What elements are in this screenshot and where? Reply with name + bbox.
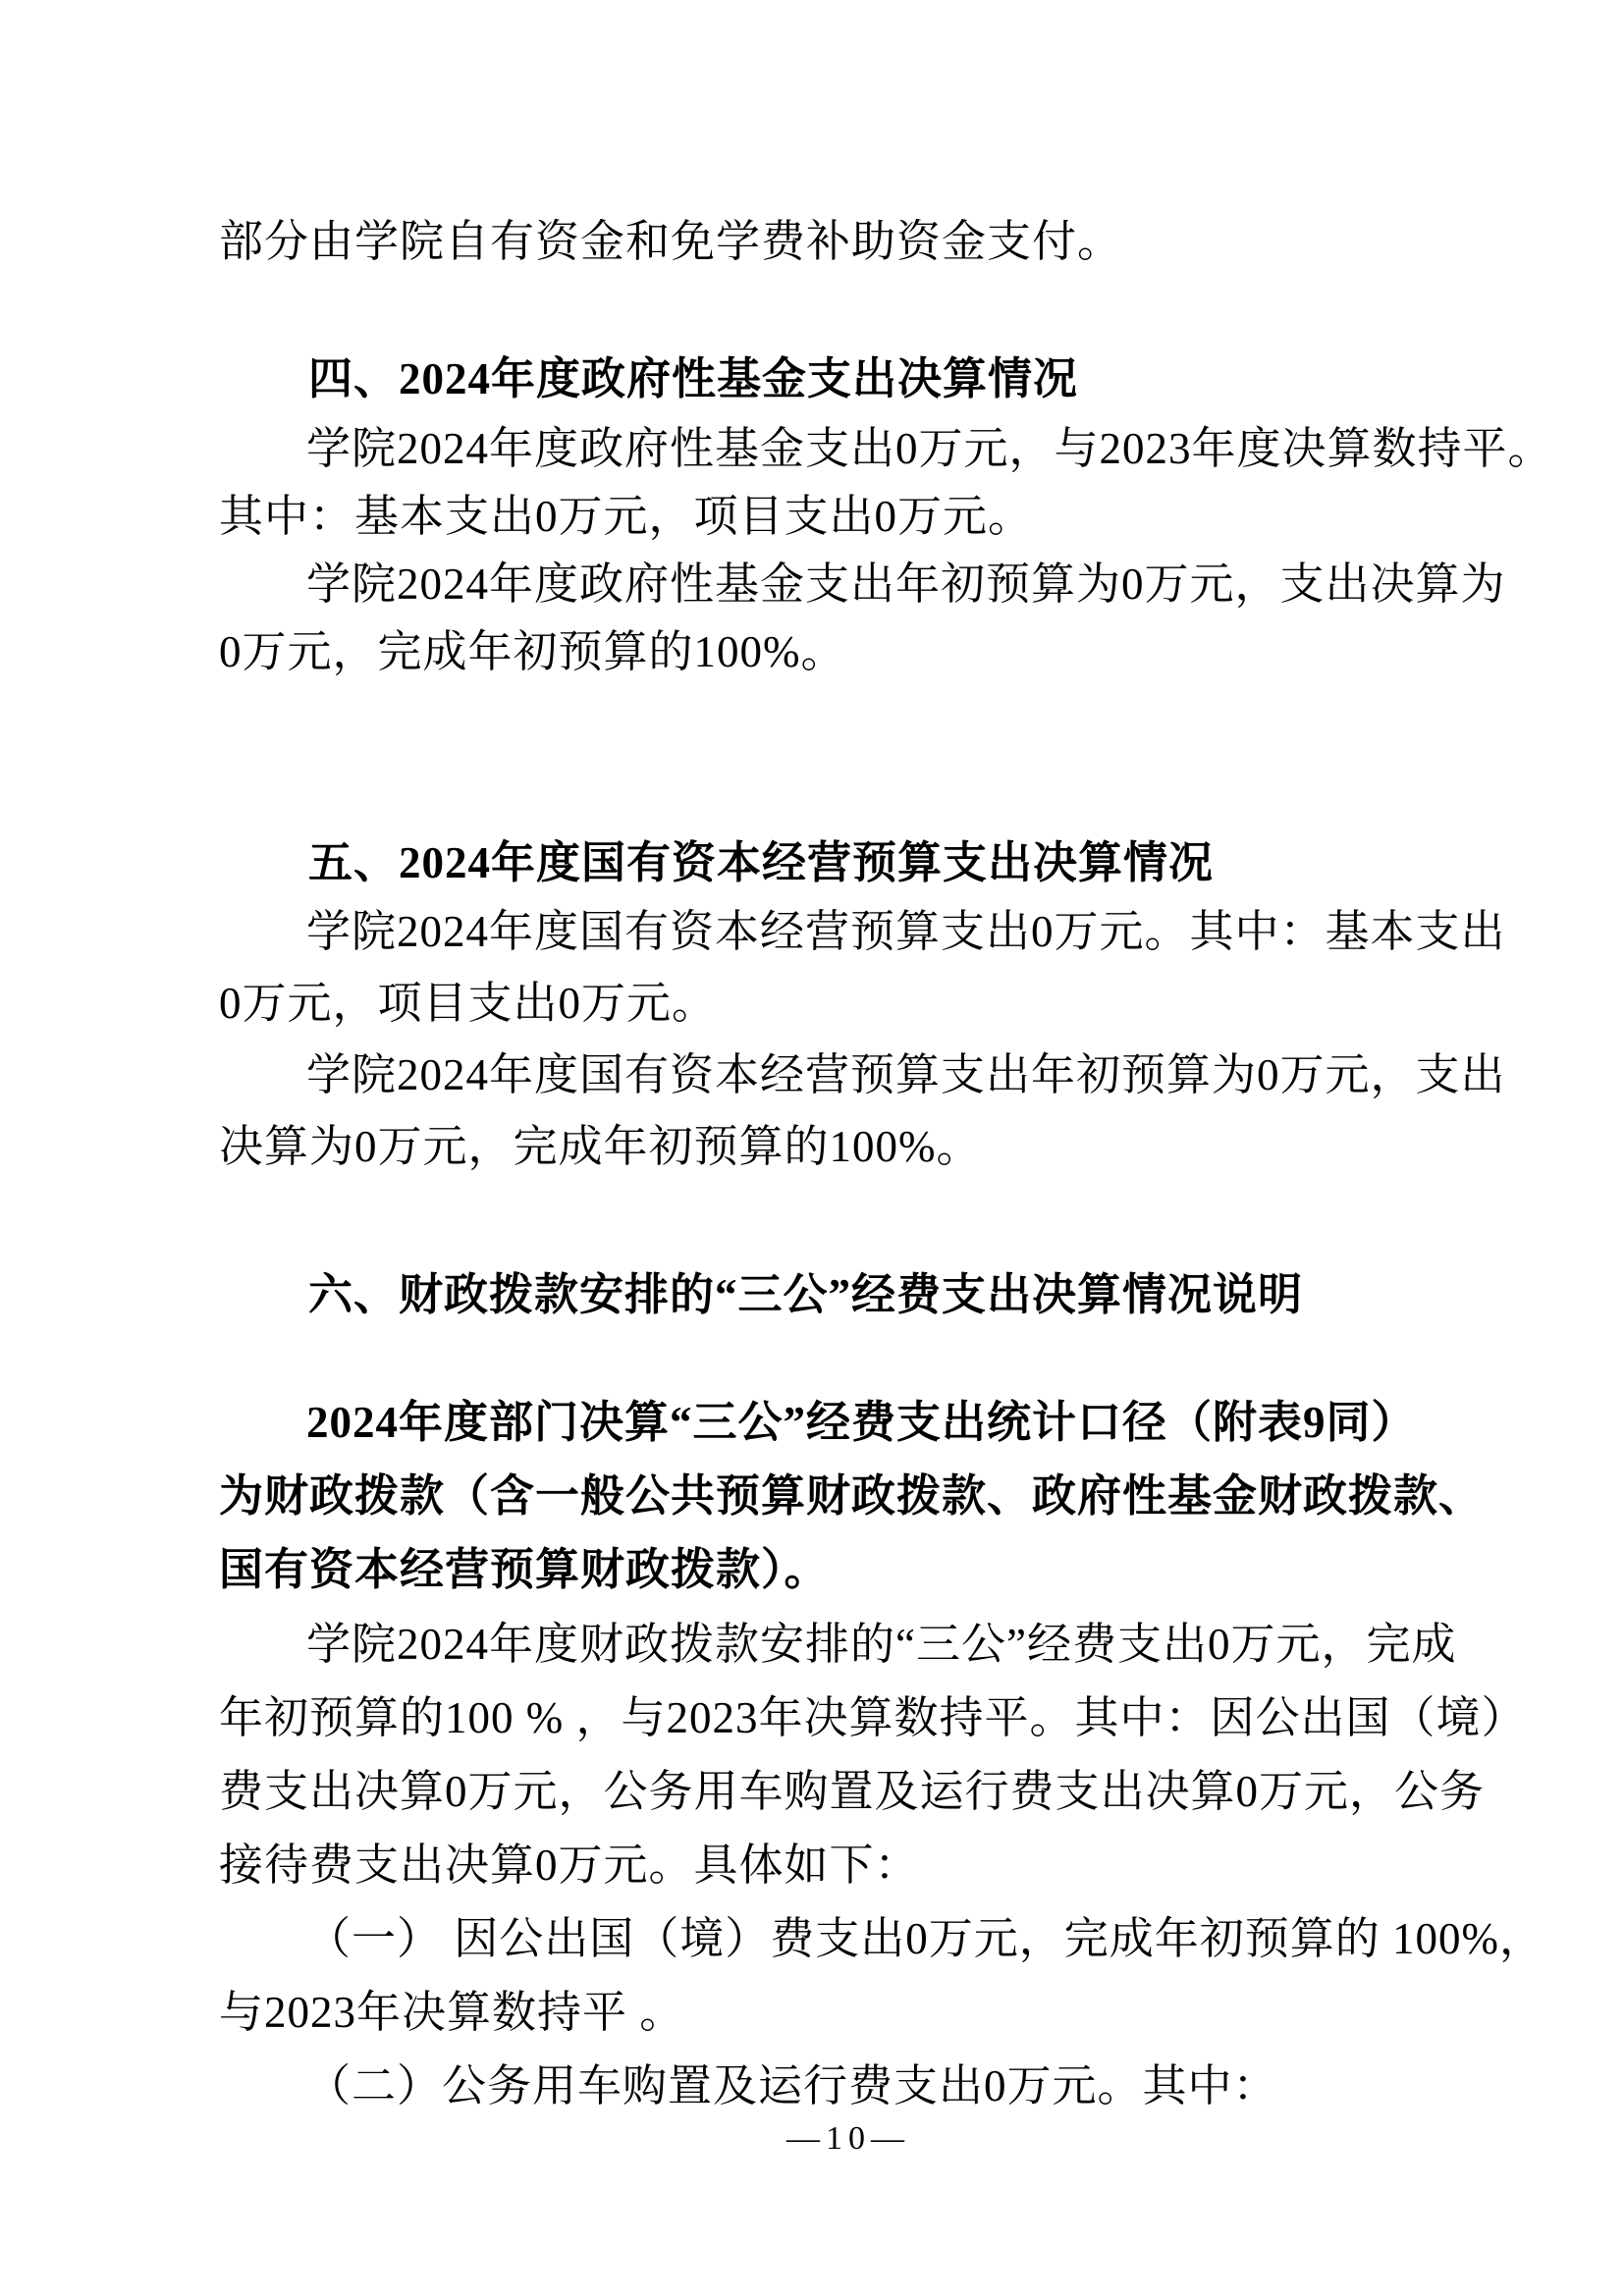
text-line: （一） 因公出国（境）费支出0万元，完成年初预算的 100%， <box>306 1915 1544 1963</box>
section-heading: 四、2024年度政府性基金支出决算情况 <box>308 355 1078 403</box>
text-line: 0万元，完成年初预算的100%。 <box>219 628 846 676</box>
text-line: 学院2024年度政府性基金支出年初预算为0万元，支出决算为 <box>306 561 1506 609</box>
text-line: 费支出决算0万元，公务用车购置及运行费支出决算0万元，公务 <box>219 1768 1485 1816</box>
text-line: 2024年度部门决算“三公”经费支出统计口径（附表9同） <box>306 1399 1417 1447</box>
text-line: 学院2024年度国有资本经营预算支出年初预算为0万元，支出 <box>306 1051 1506 1099</box>
text-line: 0万元，项目支出0万元。 <box>219 980 717 1028</box>
text-line: 其中：基本支出0万元，项目支出0万元。 <box>219 493 1033 541</box>
document-page: 部分由学院自有资金和免学费补助资金支付。四、2024年度政府性基金支出决算情况学… <box>0 0 1624 2296</box>
text-line: （二）公务用车购置及运行费支出0万元。其中： <box>306 2062 1278 2110</box>
text-line: 学院2024年度财政拨款安排的“三公”经费支出0万元，完成 <box>306 1621 1456 1669</box>
text-line: 年初预算的100 % ，与2023年决算数持平。其中：因公出国（境） <box>219 1694 1527 1742</box>
section-heading: 五、2024年度国有资本经营预算支出决算情况 <box>308 839 1214 887</box>
text-line: 学院2024年度国有资本经营预算支出0万元。其中：基本支出 <box>306 908 1506 956</box>
text-line: 接待费支出决算0万元。具体如下： <box>219 1842 920 1890</box>
text-line: 部分由学院自有资金和免学费补助资金支付。 <box>219 218 1122 266</box>
text-line: 决算为0万元，完成年初预算的100%。 <box>219 1123 982 1171</box>
page-number: —10— <box>219 2120 1478 2158</box>
text-line: 国有资本经营预算财政拨款）。 <box>219 1546 830 1594</box>
text-line: 为财政拨款（含一般公共预算财政拨款、政府性基金财政拨款、 <box>219 1472 1484 1521</box>
text-line: 与2023年决算数持平 。 <box>219 1989 684 2037</box>
section-heading: 六、财政拨款安排的“三公”经费支出决算情况说明 <box>308 1271 1303 1319</box>
text-line: 学院2024年度政府性基金支出0万元，与2023年度决算数持平。 <box>306 425 1553 473</box>
